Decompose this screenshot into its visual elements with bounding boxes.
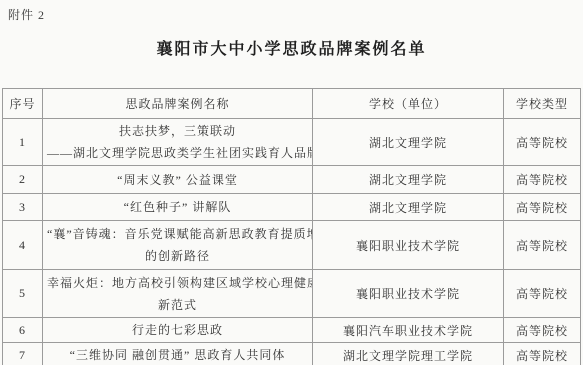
case-name-line: “红色种子” 讲解队	[47, 196, 308, 218]
cell-serial-number: 6	[3, 318, 43, 343]
table-row: 2“周末义教” 公益课堂湖北文理学院高等院校	[3, 166, 581, 194]
cell-case-name: 行走的七彩思政	[43, 318, 313, 343]
cell-case-name: “襄”音铸魂：音乐党课赋能高新思政教育提质增效的创新路径	[43, 221, 313, 270]
header-school-type: 学校类型	[504, 89, 581, 119]
cell-school-type: 高等院校	[504, 318, 581, 343]
cell-school: 湖北文理学院	[313, 194, 504, 221]
case-name-line: 新范式	[47, 294, 308, 316]
cell-school: 湖北文理学院	[313, 166, 504, 194]
case-name-line: 的创新路径	[47, 245, 308, 267]
attachment-label: 附件 2	[8, 6, 45, 23]
case-name-line: “周末义教” 公益课堂	[47, 169, 308, 191]
cell-school-type: 高等院校	[504, 343, 581, 365]
cell-serial-number: 1	[3, 119, 43, 166]
case-name-line: ——湖北文理学院思政类学生社团实践育人品牌	[47, 142, 308, 164]
cell-case-name: “三维协同 融创贯通” 思政育人共同体	[43, 343, 313, 365]
table-row: 7“三维协同 融创贯通” 思政育人共同体湖北文理学院理工学院高等院校	[3, 343, 581, 365]
table-row: 6行走的七彩思政襄阳汽车职业技术学院高等院校	[3, 318, 581, 343]
cell-school: 襄阳职业技术学院	[313, 270, 504, 318]
case-name-line: “襄”音铸魂：音乐党课赋能高新思政教育提质增效	[47, 223, 308, 245]
cell-case-name: 幸福火炬：地方高校引领构建区域学校心理健康教育新范式	[43, 270, 313, 318]
case-table: 序号 思政品牌案例名称 学校（单位） 学校类型 1扶志扶梦，三策联动——湖北文理…	[2, 88, 581, 365]
cell-serial-number: 3	[3, 194, 43, 221]
scanned-document-page: { "document": { "attachment_label": "附件 …	[0, 0, 583, 365]
cell-school-type: 高等院校	[504, 221, 581, 270]
cell-serial-number: 2	[3, 166, 43, 194]
header-serial-number: 序号	[3, 89, 43, 119]
page-title: 襄阳市大中小学思政品牌案例名单	[0, 36, 583, 59]
cell-serial-number: 5	[3, 270, 43, 318]
cell-school-type: 高等院校	[504, 119, 581, 166]
cell-school-type: 高等院校	[504, 194, 581, 221]
table-row: 1扶志扶梦，三策联动——湖北文理学院思政类学生社团实践育人品牌湖北文理学院高等院…	[3, 119, 581, 166]
cell-school: 襄阳汽车职业技术学院	[313, 318, 504, 343]
header-case-name: 思政品牌案例名称	[43, 89, 313, 119]
cell-serial-number: 7	[3, 343, 43, 365]
case-name-line: 行走的七彩思政	[47, 319, 308, 341]
cell-school: 襄阳职业技术学院	[313, 221, 504, 270]
table-row: 4“襄”音铸魂：音乐党课赋能高新思政教育提质增效的创新路径襄阳职业技术学院高等院…	[3, 221, 581, 270]
header-school: 学校（单位）	[313, 89, 504, 119]
case-name-line: 扶志扶梦，三策联动	[47, 120, 308, 142]
cell-serial-number: 4	[3, 221, 43, 270]
case-name-line: “三维协同 融创贯通” 思政育人共同体	[47, 344, 308, 365]
cell-case-name: “红色种子” 讲解队	[43, 194, 313, 221]
table-body: 1扶志扶梦，三策联动——湖北文理学院思政类学生社团实践育人品牌湖北文理学院高等院…	[3, 119, 581, 365]
cell-school-type: 高等院校	[504, 270, 581, 318]
cell-case-name: “周末义教” 公益课堂	[43, 166, 313, 194]
cell-school: 湖北文理学院理工学院	[313, 343, 504, 365]
table-row: 3“红色种子” 讲解队湖北文理学院高等院校	[3, 194, 581, 221]
table-header-row: 序号 思政品牌案例名称 学校（单位） 学校类型	[3, 89, 581, 119]
cell-school-type: 高等院校	[504, 166, 581, 194]
cell-case-name: 扶志扶梦，三策联动——湖北文理学院思政类学生社团实践育人品牌	[43, 119, 313, 166]
table-row: 5幸福火炬：地方高校引领构建区域学校心理健康教育新范式襄阳职业技术学院高等院校	[3, 270, 581, 318]
cell-school: 湖北文理学院	[313, 119, 504, 166]
case-name-line: 幸福火炬：地方高校引领构建区域学校心理健康教育	[47, 272, 308, 294]
